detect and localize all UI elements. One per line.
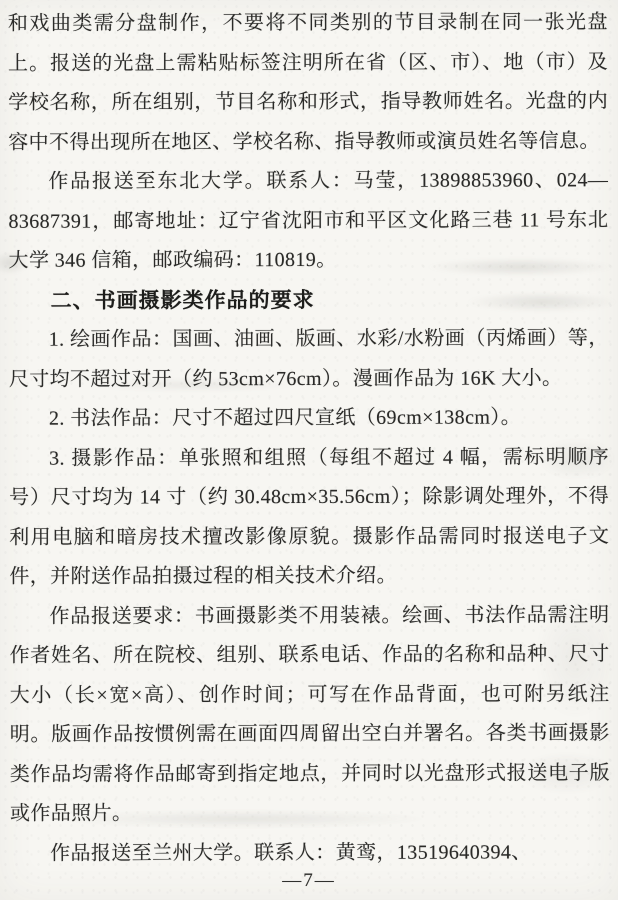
paragraph: 和戏曲类需分盘制作，不要将不同类别的节目录制在同一张光盘上。报送的光盘上需粘贴标… bbox=[8, 3, 608, 163]
paragraph: 1. 绘画作品：国画、油画、版画、水彩/水粉画（丙烯画）等，尺寸均不超过对开（约… bbox=[9, 319, 609, 400]
paragraph: 2. 书法作品：尺寸不超过四尺宣纸（69cm×138cm）。 bbox=[9, 398, 609, 439]
section-heading: 二、书画摄影类作品的要求 bbox=[9, 280, 609, 321]
paragraph: 作品报送至东北大学。联系人：马莹，13898853960、024—8368739… bbox=[8, 161, 608, 281]
scanned-document-page: 和戏曲类需分盘制作，不要将不同类别的节目录制在同一张光盘上。报送的光盘上需粘贴标… bbox=[0, 0, 618, 900]
page-number: —7— bbox=[0, 870, 618, 892]
paragraph: 作品报送要求：书画摄影类不用装裱。绘画、书法作品需注明作者姓名、所在院校、组别、… bbox=[9, 596, 610, 835]
paragraph: 作品报送至兰州大学。联系人：黄鸾，13519640394、 bbox=[10, 833, 610, 874]
paragraph: 3. 摄影作品：单张照和组照（每组不超过 4 幅，需标明顺序号）尺寸均为 14 … bbox=[9, 438, 609, 598]
document-body: 和戏曲类需分盘制作，不要将不同类别的节目录制在同一张光盘上。报送的光盘上需粘贴标… bbox=[8, 3, 610, 874]
